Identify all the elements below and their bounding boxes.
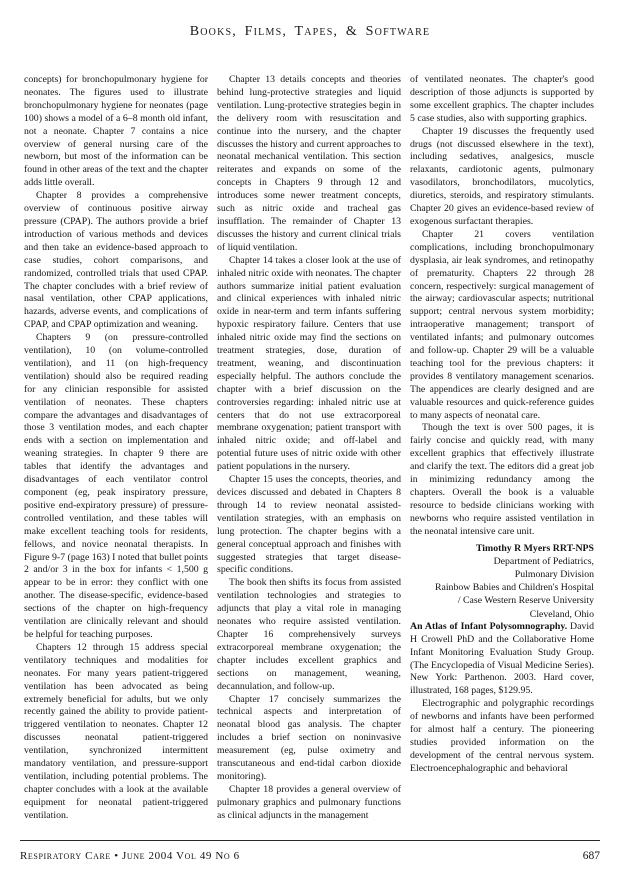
book-title: An Atlas of Infant Polysomnography. — [410, 621, 567, 632]
review-paragraph: Though the text is over 500 pages, it is… — [410, 422, 594, 538]
review-paragraph: Chapter 17 concisely summarizes the tech… — [217, 694, 401, 784]
journal-issue-line: Respiratory Care • June 2004 Vol 49 No 6 — [20, 850, 240, 862]
page-footer: Respiratory Care • June 2004 Vol 49 No 6… — [20, 840, 600, 862]
review-paragraph: Chapter 21 covers ventilation complicati… — [410, 229, 594, 423]
review-paragraph: Chapter 14 takes a closer look at the us… — [217, 255, 401, 474]
reviewer-affiliation: Pulmonary Division — [410, 568, 594, 581]
review-paragraph: concepts) for bronchopulmonary hygiene f… — [24, 74, 208, 190]
review-paragraph: Chapters 9 (on pressure-controlled venti… — [24, 332, 208, 642]
column-2: Chapter 13 details concepts and theories… — [217, 74, 401, 823]
article-columns: concepts) for bronchopulmonary hygiene f… — [0, 74, 620, 823]
review-paragraph: Chapter 18 provides a general overview o… — [217, 784, 401, 823]
column-1: concepts) for bronchopulmonary hygiene f… — [24, 74, 208, 823]
review-paragraph: Chapter 19 discusses the frequently used… — [410, 126, 594, 229]
review-paragraph: Chapter 15 uses the concepts, theories, … — [217, 474, 401, 577]
reviewer-affiliation: Department of Pediatrics, — [410, 555, 594, 568]
review-paragraph: Chapters 12 through 15 address special v… — [24, 642, 208, 823]
review-paragraph: The book then shifts its focus from assi… — [217, 577, 401, 693]
book-citation-details: David H Crowell PhD and the Collaborativ… — [410, 621, 594, 697]
review-paragraph: Chapter 8 provides a comprehensive overv… — [24, 190, 208, 332]
reviewer-signature-block: Timothy R Myers RRT-NPS Department of Pe… — [410, 542, 594, 621]
reviewer-name: Timothy R Myers RRT-NPS — [410, 542, 594, 555]
reviewer-affiliation: / Case Western Reserve University — [410, 594, 594, 607]
book-citation: An Atlas of Infant Polysomnography. Davi… — [410, 621, 594, 698]
page-number: 687 — [583, 850, 600, 862]
reviewer-affiliation: Rainbow Babies and Children's Hospital — [410, 581, 594, 594]
review-paragraph: Electrographic and polygraphic recording… — [410, 698, 594, 775]
page-running-head: Books, Films, Tapes, & Software — [0, 0, 620, 40]
review-paragraph: Chapter 13 details concepts and theories… — [217, 74, 401, 255]
review-paragraph: of ventilated neonates. The chapter's go… — [410, 74, 594, 126]
reviewer-location: Cleveland, Ohio — [410, 608, 594, 621]
column-3: of ventilated neonates. The chapter's go… — [410, 74, 594, 823]
